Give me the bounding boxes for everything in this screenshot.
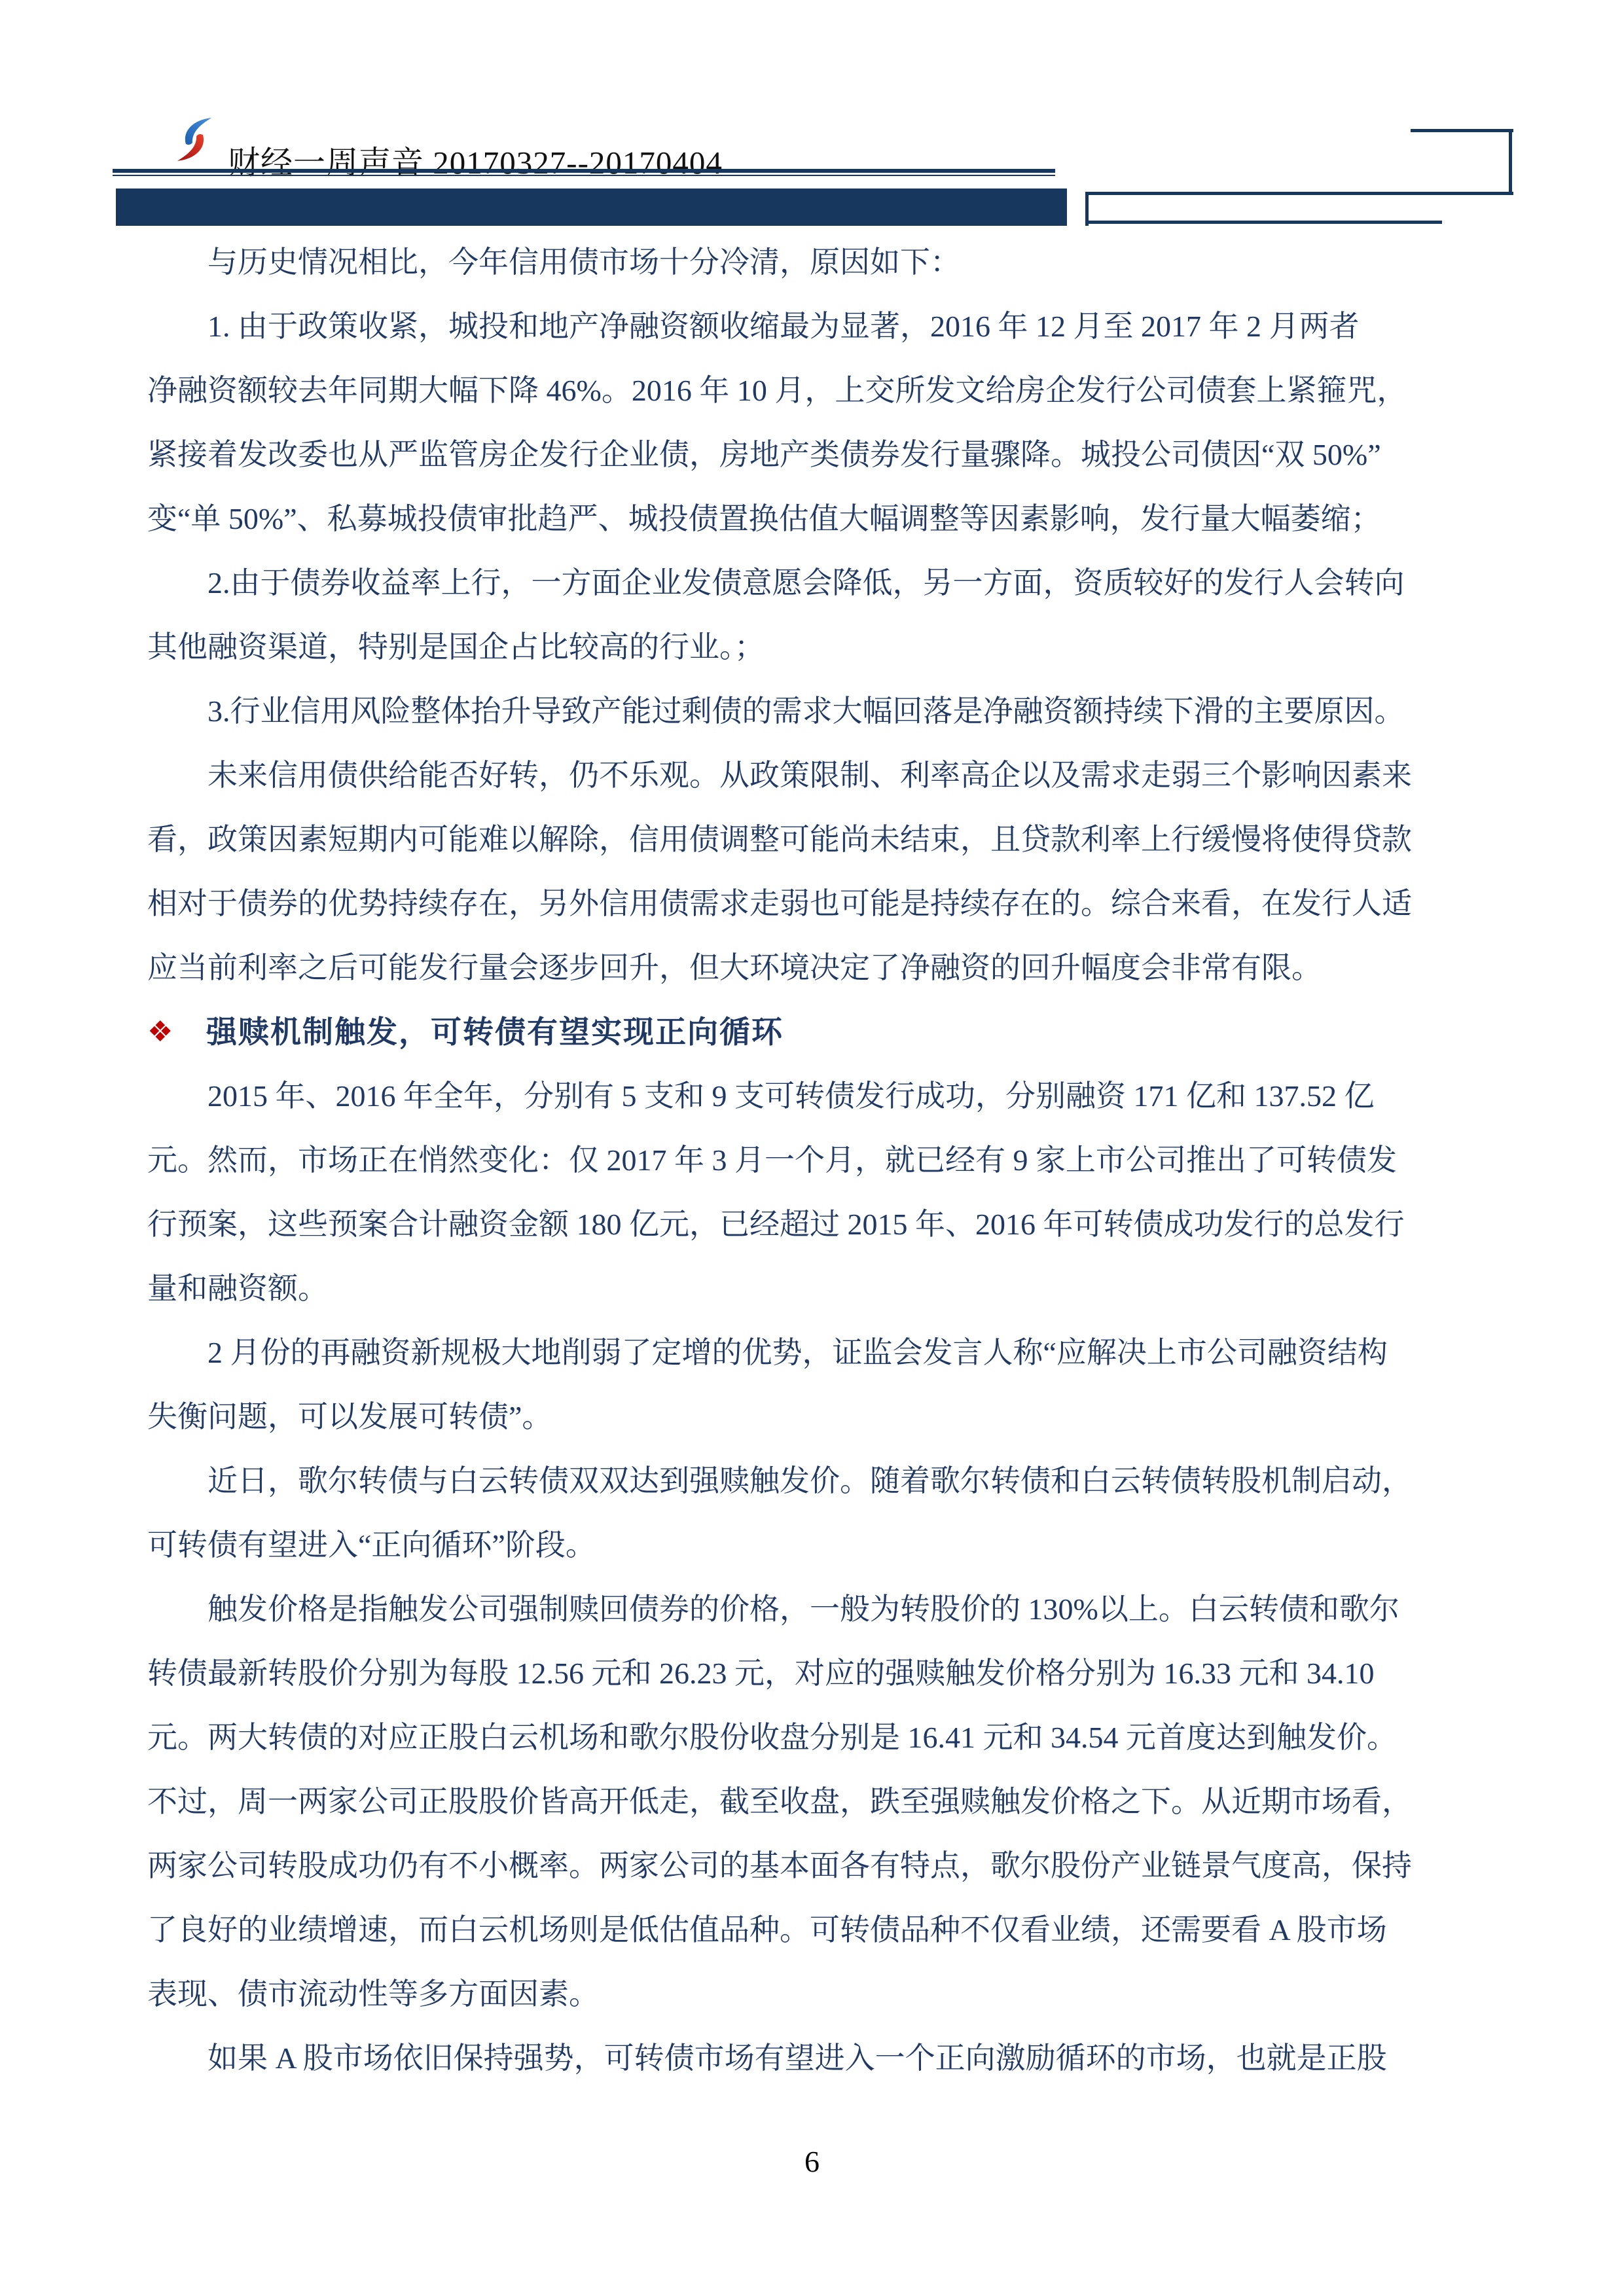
text-line: 相对于债券的优势持续存在，另外信用债需求走弱也可能是持续存在的。综合来看，在发行… xyxy=(147,872,1477,936)
text-line: 其他融资渠道，特别是国企占比较高的行业。； xyxy=(147,615,1477,679)
text-line: 3.行业信用风险整体抬升导致产能过剩债的需求大幅回落是净融资额持续下滑的主要原因… xyxy=(147,679,1477,744)
text-line: 表现、债市流动性等多方面因素。 xyxy=(147,1962,1477,2026)
section-heading-text: 强赎机制触发，可转债有望实现正向循环 xyxy=(206,1000,784,1064)
decor-box-top-line xyxy=(1411,129,1513,132)
decor-box-bottom-line xyxy=(1085,221,1442,224)
header-navy-bar xyxy=(116,188,1067,226)
text-line: 紧接着发改委也从严监管房企发行企业债，房地产类债券发行量骤降。城投公司债因“双 … xyxy=(147,423,1477,487)
text-line: 与历史情况相比，今年信用债市场十分冷清，原因如下： xyxy=(147,230,1477,295)
text-line: 转债最新转股价分别为每股 12.56 元和 26.23 元，对应的强赎触发价格分… xyxy=(147,1641,1477,1706)
text-line: 失衡问题，可以发展可转债”。 xyxy=(147,1385,1477,1449)
text-line: 近日，歌尔转债与白云转债双双达到强赎触发价。随着歌尔转债和白云转债转股机制启动， xyxy=(147,1449,1477,1513)
text-line: 应当前利率之后可能发行量会逐步回升，但大环境决定了净融资的回升幅度会非常有限。 xyxy=(147,936,1477,1000)
text-line: 两家公司转股成功仍有不小概率。两家公司的基本面各有特点，歌尔股份产业链景气度高，… xyxy=(147,1834,1477,1898)
text-line: 1. 由于政策收紧，城投和地产净融资额收缩最为显著，2016 年 12 月至 2… xyxy=(147,295,1477,359)
text-line: 2.由于债券收益率上行，一方面企业发债意愿会降低，另一方面，资质较好的发行人会转… xyxy=(147,551,1477,615)
document-page: 财经一周声音 20170327--20170404 与历史情况相比，今年信用债市… xyxy=(0,0,1624,2296)
text-line: 2015 年、2016 年全年，分别有 5 支和 9 支可转债发行成功，分别融资… xyxy=(147,1064,1477,1128)
paragraph-group-convertible-bonds: 2015 年、2016 年全年，分别有 5 支和 9 支可转债发行成功，分别融资… xyxy=(147,1064,1477,2090)
text-line: 量和融资额。 xyxy=(147,1257,1477,1321)
text-line: 可转债有望进入“正向循环”阶段。 xyxy=(147,1513,1477,1577)
text-line: 未来信用债供给能否好转，仍不乐观。从政策限制、利率高企以及需求走弱三个影响因素来 xyxy=(147,744,1477,808)
section-heading-row: ❖ 强赎机制触发，可转债有望实现正向循环 xyxy=(147,1000,1477,1064)
body-text-block: 与历史情况相比，今年信用债市场十分冷清，原因如下： 1. 由于政策收紧，城投和地… xyxy=(147,230,1477,2090)
text-line: 净融资额较去年同期大幅下降 46%。2016 年 10 月，上交所发文给房企发行… xyxy=(147,359,1477,423)
text-line: 了良好的业绩增速，而白云机场则是低估值品种。可转债品种不仅看业绩，还需要看 A … xyxy=(147,1898,1477,1962)
text-line: 如果 A 股市场依旧保持强势，可转债市场有望进入一个正向激励循环的市场，也就是正… xyxy=(147,2026,1477,2090)
page-number: 6 xyxy=(0,2130,1624,2194)
text-line: 元。然而，市场正在悄然变化：仅 2017 年 3 月一个月，就已经有 9 家上市… xyxy=(147,1128,1477,1193)
page-title: 财经一周声音 20170327--20170404 xyxy=(228,137,723,183)
decor-box-right-line xyxy=(1509,129,1512,195)
text-line: 变“单 50%”、私募城投债审批趋严、城投债置换估值大幅调整等因素影响，发行量大… xyxy=(147,487,1477,551)
header-rule-thin xyxy=(113,175,1055,176)
diamond-bullet-icon: ❖ xyxy=(147,1000,206,1064)
text-line: 看，政策因素短期内可能难以解除，信用债调整可能尚未结束，且贷款利率上行缓慢将使得… xyxy=(147,808,1477,872)
text-line: 2 月份的再融资新规极大地削弱了定增的优势，证监会发言人称“应解决上市公司融资结… xyxy=(147,1321,1477,1385)
paragraph-group-credit-bonds: 与历史情况相比，今年信用债市场十分冷清，原因如下： 1. 由于政策收紧，城投和地… xyxy=(147,230,1477,1000)
s-swoosh-logo-icon xyxy=(174,117,215,162)
header-rule-thick xyxy=(113,169,1055,173)
text-line: 不过，周一两家公司正股股价皆高开低走，截至收盘，跌至强赎触发价格之下。从近期市场… xyxy=(147,1770,1477,1834)
text-line: 行预案，这些预案合计融资金额 180 亿元，已经超过 2015 年、2016 年… xyxy=(147,1193,1477,1257)
text-line: 触发价格是指触发公司强制赎回债券的价格，一般为转股价的 130%以上。白云转债和… xyxy=(147,1577,1477,1641)
decor-box-middle-line xyxy=(1085,192,1513,195)
text-line: 元。两大转债的对应正股白云机场和歌尔股份收盘分别是 16.41 元和 34.54… xyxy=(147,1706,1477,1770)
